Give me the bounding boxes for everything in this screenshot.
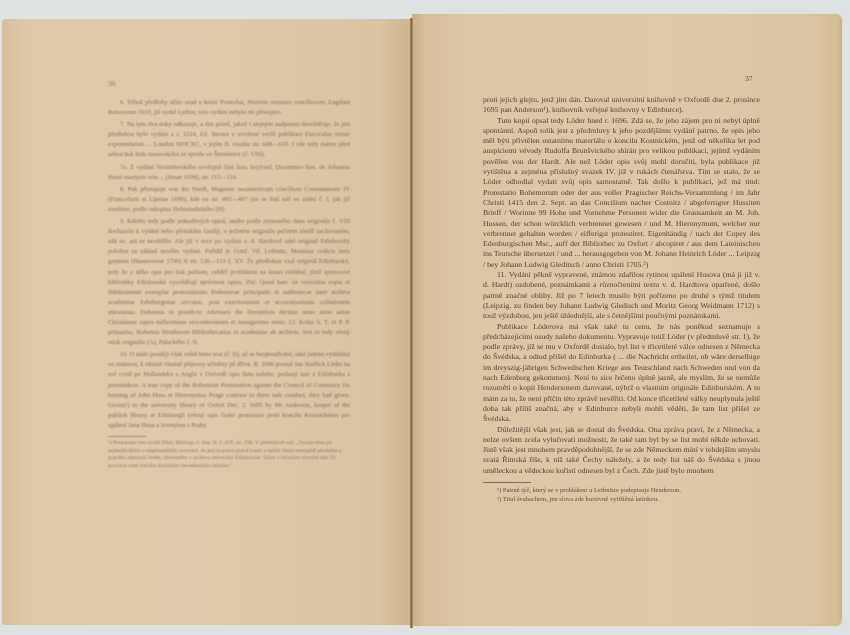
right-page-edge xyxy=(836,18,842,620)
left-footnotes: ¹) Poukázání toto uvádí Zíbrt, Bibliogr.… xyxy=(108,440,350,470)
left-paragraph-6: 6. Téhož předlohy užito snad v knize Pra… xyxy=(108,98,350,118)
book-spread: 36 6. Téhož předlohy užito snad v knize … xyxy=(0,0,850,635)
right-footnote-1: ¹) Patrně týž, který se v prohlášení u L… xyxy=(497,487,760,496)
right-paragraph-publication: Publikace Löderova má však také tu cenu,… xyxy=(483,322,760,425)
left-page-text: 6. Téhož předlohy užito snad v knize Pra… xyxy=(108,78,350,470)
right-paragraph-loder-copy: Tuto kopii opsal tedy Löder hned r. 1696… xyxy=(483,116,760,270)
left-paragraph-7: 7. Na tyto dva tisky odkazuje, a tím prá… xyxy=(108,120,350,160)
right-page-number: 37 xyxy=(745,74,753,83)
right-footnote-2: ²) Titul švabachem, jen slova zde kursiv… xyxy=(497,496,760,505)
right-footnotes: ¹) Patrně týž, který se v prohlášení u L… xyxy=(483,487,760,504)
right-paragraph-sweden: Důležitější však jest, jak se dostal do … xyxy=(483,425,760,476)
left-footnote-rule xyxy=(108,436,146,437)
right-footnote-rule xyxy=(483,482,531,483)
left-paragraph-8: 8. Pak přistupuje von der Hardt, Magnum … xyxy=(108,185,350,215)
right-paragraph-continuation: proti jejich glejtu, jenž jim dán. Darov… xyxy=(483,95,760,116)
right-page-text: proti jejich glejtu, jenž jim dán. Darov… xyxy=(483,95,760,504)
left-footnote-1: ¹) Poukázání toto uvádí Zíbrt, Bibliogr.… xyxy=(108,440,350,470)
left-paragraph-9: 9. Kdežto tedy podle jednotlivých opisů,… xyxy=(108,217,350,348)
left-paragraph-7a: 7a. Z vydání Norimberského uveřejnil čás… xyxy=(108,163,350,183)
left-paragraph-10: 10. O málo později však vešel tento text… xyxy=(108,350,350,431)
right-paragraph-11: 11. Vydání pěkně vypravené, známou zdaři… xyxy=(483,270,760,321)
book-gutter xyxy=(410,18,413,628)
